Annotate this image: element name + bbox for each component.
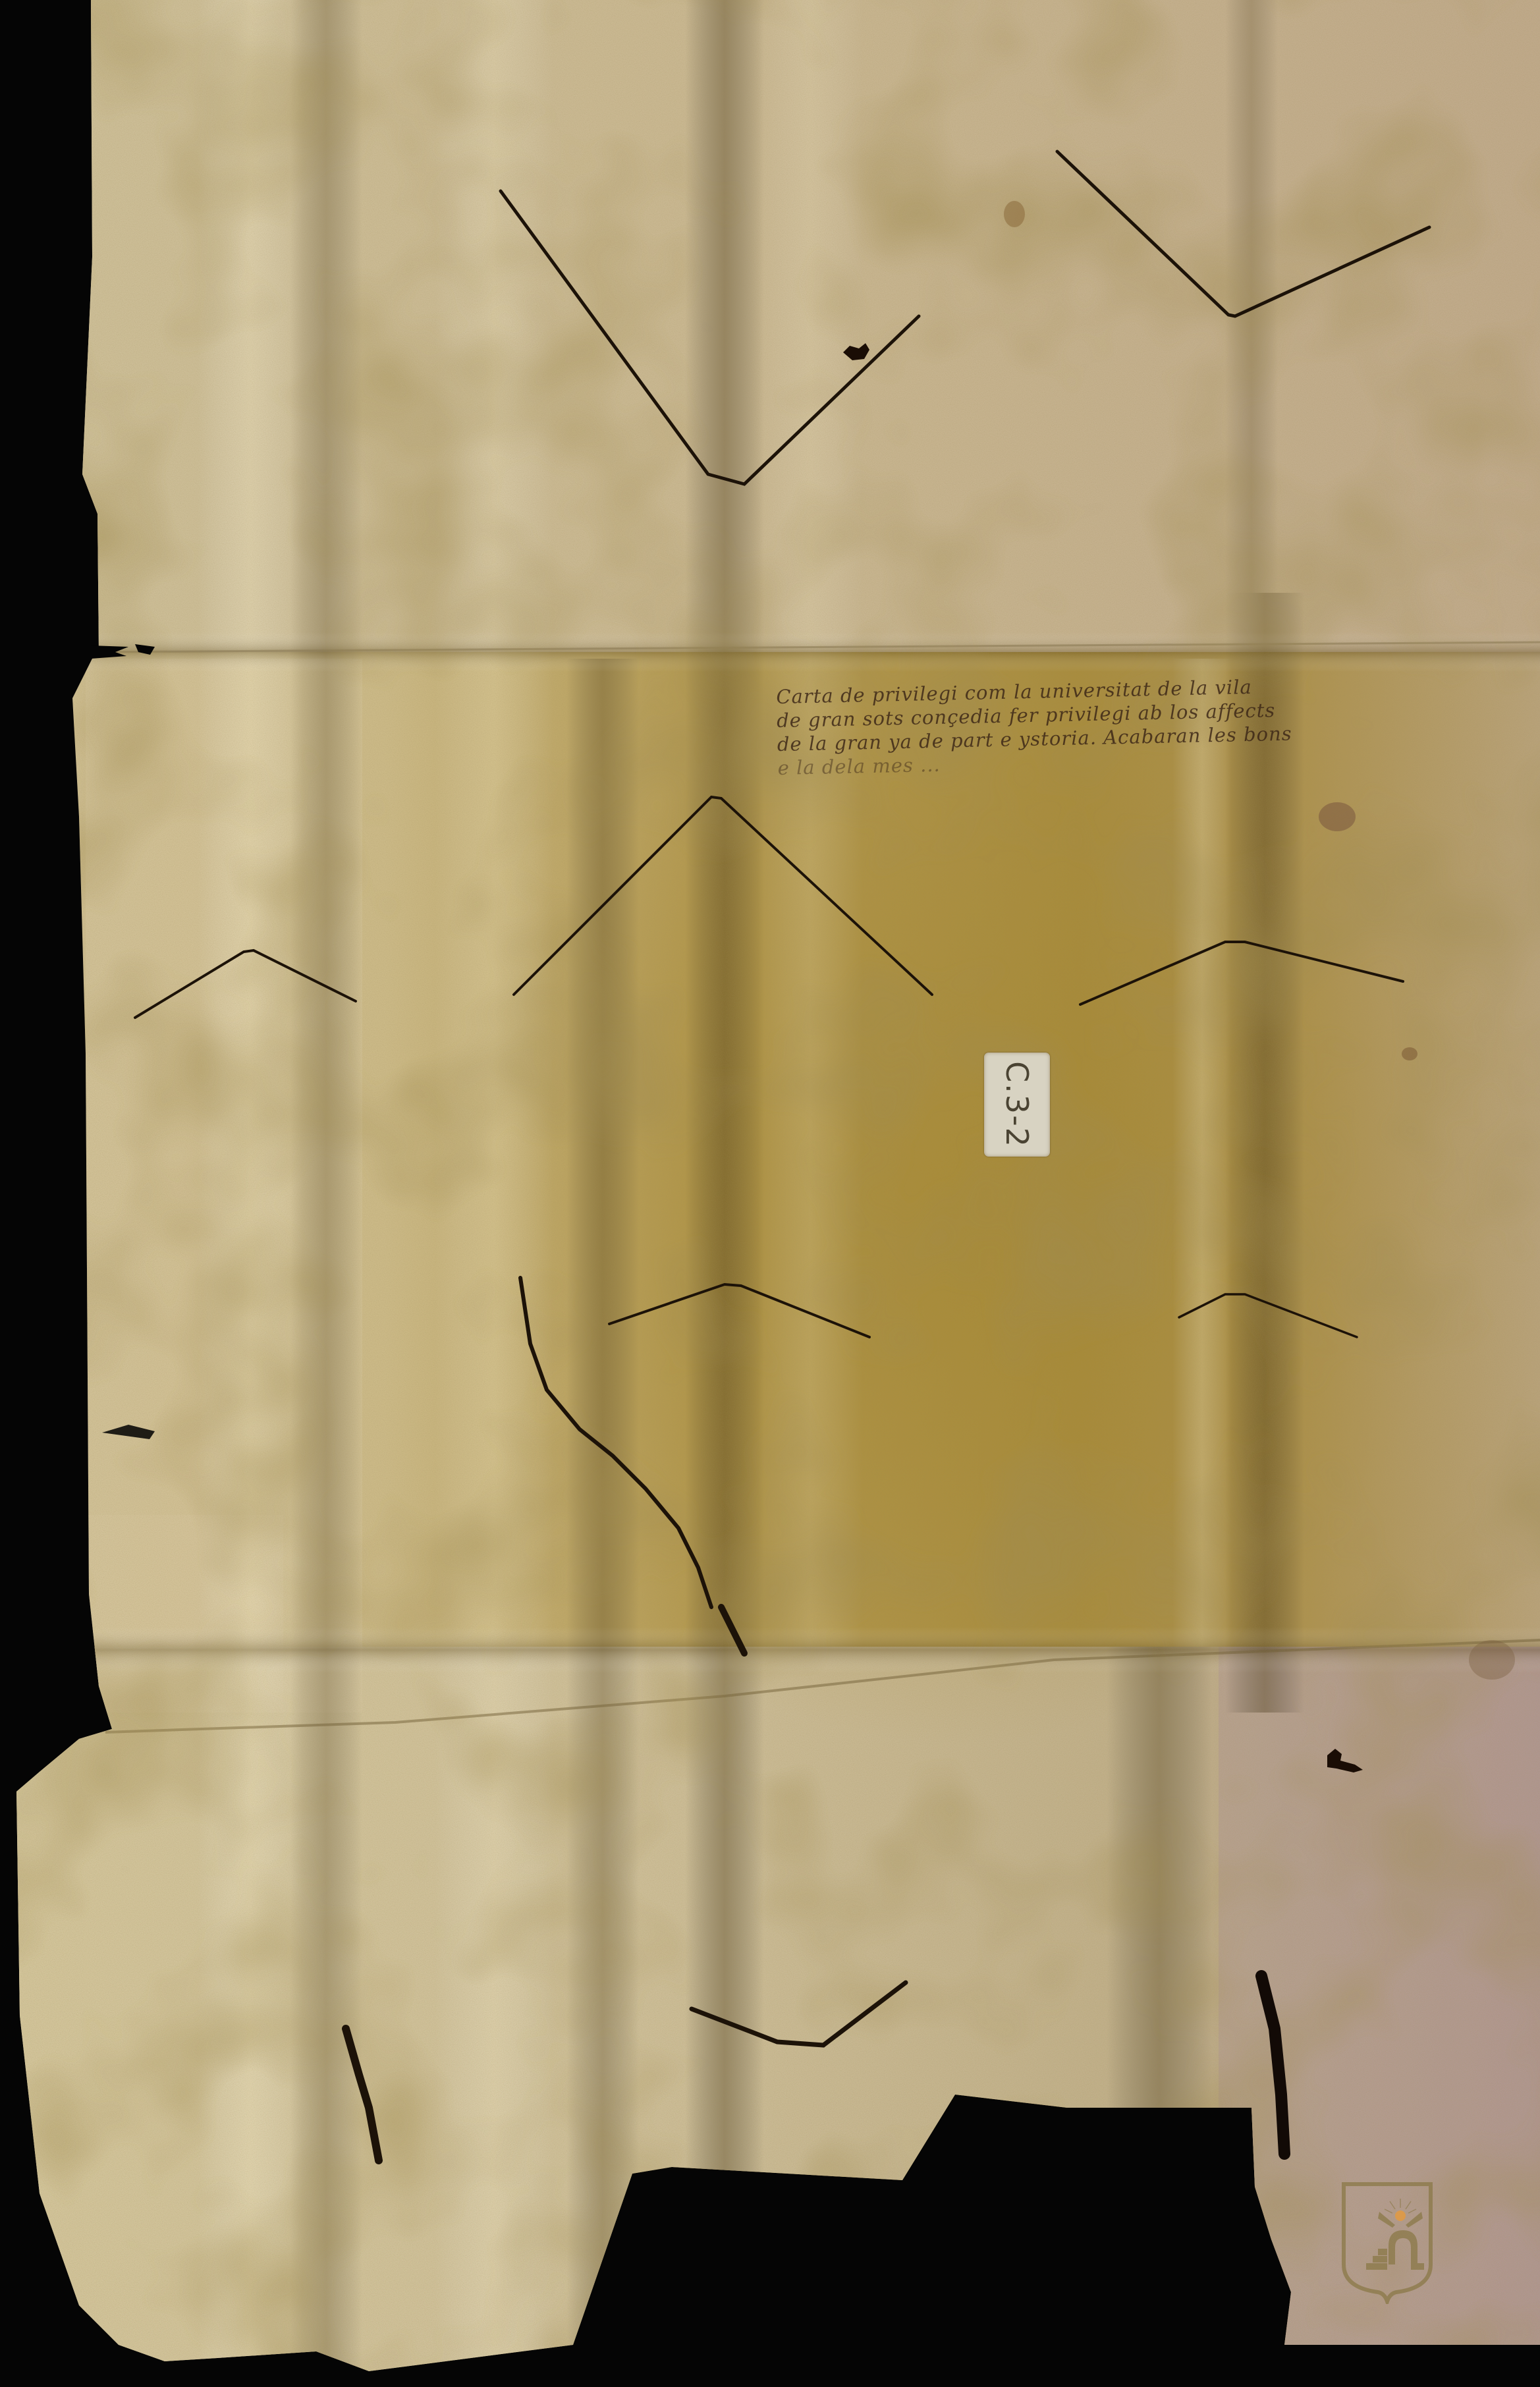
parchment-surface: [0, 0, 1540, 2387]
shelf-mark-label: C.3-2: [984, 1053, 1050, 1157]
parchment-sheet: [0, 0, 1540, 2387]
document-photo: Carta de privilegi com la universitat de…: [0, 0, 1540, 2387]
dorsal-handwritten-note: Carta de privilegi com la universitat de…: [776, 676, 1213, 780]
coat-of-arms-icon: [1337, 2179, 1437, 2304]
shelf-mark-text: C.3-2: [999, 1061, 1035, 1148]
